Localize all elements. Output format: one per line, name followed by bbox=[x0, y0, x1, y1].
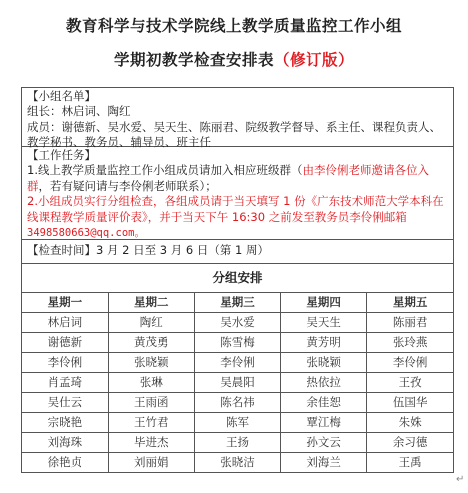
title-main: 学期初教学检查安排表 bbox=[114, 50, 274, 69]
section-schedule: 星期一 星期二 星期三 星期四 星期五 林启词 陶红 吴水爱 吴天生 陈丽君 谢… bbox=[22, 293, 453, 472]
table-cell: 张晓颖 bbox=[108, 353, 194, 373]
table-cell: 陈名祎 bbox=[194, 393, 280, 413]
tasks-heading: 【工作任务】 bbox=[27, 148, 448, 163]
table-cell: 刘海兰 bbox=[281, 453, 367, 473]
table-cell: 谢德新 bbox=[22, 333, 108, 353]
table-cell: 宗晓艳 bbox=[22, 413, 108, 433]
col-friday: 星期五 bbox=[367, 293, 453, 313]
table-cell: 朱姝 bbox=[367, 413, 453, 433]
schedule-header-row: 星期一 星期二 星期三 星期四 星期五 bbox=[22, 293, 453, 313]
table-cell: 王竹君 bbox=[108, 413, 194, 433]
leaders-line: 组长：林启词、陶红 bbox=[27, 104, 448, 119]
table-cell: 伍国华 bbox=[367, 393, 453, 413]
col-monday: 星期一 bbox=[22, 293, 108, 313]
table-cell: 肖孟琦 bbox=[22, 373, 108, 393]
table-cell: 陈军 bbox=[194, 413, 280, 433]
table-row: 刘海珠 毕进杰 王扬 孙文云 余习德 bbox=[22, 433, 453, 453]
table-cell: 毕进杰 bbox=[108, 433, 194, 453]
table-cell: 张琳 bbox=[108, 373, 194, 393]
task-1-tail: ，若有疑问请与李伶俐老师联系）； bbox=[39, 179, 217, 193]
table-cell: 刘丽娟 bbox=[108, 453, 194, 473]
table-cell: 吴水爱 bbox=[194, 313, 280, 333]
table-cell: 林启词 bbox=[22, 313, 108, 333]
table-cell: 黄芳明 bbox=[281, 333, 367, 353]
col-tuesday: 星期二 bbox=[108, 293, 194, 313]
col-thursday: 星期四 bbox=[281, 293, 367, 313]
table-row: 谢德新 黄茂勇 陈雪梅 黄芳明 张玲燕 bbox=[22, 333, 453, 353]
section-members: 【小组名单】 组长：林启词、陶红 成员：谢德新、吴水爱、吴天生、陈丽君、院级教学… bbox=[22, 88, 453, 147]
table-cell: 余习德 bbox=[367, 433, 453, 453]
table-row: 宗晓艳 王竹君 陈军 覃江梅 朱姝 bbox=[22, 413, 453, 433]
section-time: 【检查时间】3 月 2 日至 3 月 6 日（第 1 周） bbox=[22, 240, 453, 264]
table-cell: 李伶俐 bbox=[194, 353, 280, 373]
table-row: 徐艳贞 刘丽娟 张晓洁 刘海兰 王禹 bbox=[22, 453, 453, 473]
table-cell: 吴晨阳 bbox=[194, 373, 280, 393]
section-tasks: 【工作任务】 1.线上教学质量监控工作小组成员请加入相应班级群（由李伶俐老师邀请… bbox=[22, 147, 453, 240]
table-cell: 李伶俐 bbox=[367, 353, 453, 373]
table-cell: 陈丽君 bbox=[367, 313, 453, 333]
table-cell: 王雨函 bbox=[108, 393, 194, 413]
table-cell: 覃江梅 bbox=[281, 413, 367, 433]
time-value: 3 月 2 日至 3 月 6 日（第 1 周） bbox=[96, 243, 269, 257]
table-row: 肖孟琦 张琳 吴晨阳 热依拉 王孜 bbox=[22, 373, 453, 393]
task-2: 2.小组成员实行分组检查，各组成员请于当天填写 1 份《广东技术师范大学本科在线… bbox=[27, 194, 448, 241]
task-1: 1.线上教学质量监控工作小组成员请加入相应班级群（由李伶俐老师邀请各位入群，若有… bbox=[27, 163, 448, 194]
table-cell: 余佳恕 bbox=[281, 393, 367, 413]
table-cell: 陶红 bbox=[108, 313, 194, 333]
document-title-line1: 教育科学与技术学院线上教学质量监控工作小组 bbox=[0, 14, 468, 36]
document-title-line2: 学期初教学检查安排表（修订版） bbox=[0, 48, 468, 70]
paragraph-mark-icon: ↵ bbox=[456, 474, 464, 485]
task-1-text: 1.线上教学质量监控工作小组成员请加入相应班级群（ bbox=[27, 163, 302, 177]
table-cell: 热依拉 bbox=[281, 373, 367, 393]
task-2-text: 2.小组成员实行分组检查，各组成员请于当天填写 1 份《广东技术师范大学本科在线… bbox=[27, 194, 444, 223]
table-cell: 李伶俐 bbox=[22, 353, 108, 373]
schedule-document-table: 【小组名单】 组长：林启词、陶红 成员：谢德新、吴水爱、吴天生、陈丽君、院级教学… bbox=[21, 87, 454, 473]
table-row: 林启词 陶红 吴水爱 吴天生 陈丽君 bbox=[22, 313, 453, 333]
table-cell: 徐艳贞 bbox=[22, 453, 108, 473]
task-2-email-link[interactable]: 3498580663@qq.com。 bbox=[27, 227, 145, 239]
table-cell: 王禹 bbox=[367, 453, 453, 473]
table-cell: 张晓洁 bbox=[194, 453, 280, 473]
time-heading: 【检查时间】 bbox=[27, 243, 96, 257]
revision-badge: （修订版） bbox=[274, 50, 354, 69]
schedule-table: 星期一 星期二 星期三 星期四 星期五 林启词 陶红 吴水爱 吴天生 陈丽君 谢… bbox=[22, 293, 453, 472]
table-cell: 王扬 bbox=[194, 433, 280, 453]
table-cell: 张玲燕 bbox=[367, 333, 453, 353]
table-cell: 陈雪梅 bbox=[194, 333, 280, 353]
table-cell: 吴天生 bbox=[281, 313, 367, 333]
table-cell: 王孜 bbox=[367, 373, 453, 393]
group-arrangement-title: 分组安排 bbox=[22, 264, 453, 293]
table-row: 吴仕云 王雨函 陈名祎 余佳恕 伍国华 bbox=[22, 393, 453, 413]
members-line: 成员：谢德新、吴水爱、吴天生、陈丽君、院级教学督导、系主任、课程负责人、教学秘书… bbox=[27, 120, 448, 151]
table-cell: 孙文云 bbox=[281, 433, 367, 453]
table-row: 李伶俐 张晓颖 李伶俐 张晓颖 李伶俐 bbox=[22, 353, 453, 373]
table-cell: 吴仕云 bbox=[22, 393, 108, 413]
table-cell: 黄茂勇 bbox=[108, 333, 194, 353]
table-cell: 刘海珠 bbox=[22, 433, 108, 453]
members-heading: 【小组名单】 bbox=[27, 89, 448, 104]
col-wednesday: 星期三 bbox=[194, 293, 280, 313]
table-cell: 张晓颖 bbox=[281, 353, 367, 373]
